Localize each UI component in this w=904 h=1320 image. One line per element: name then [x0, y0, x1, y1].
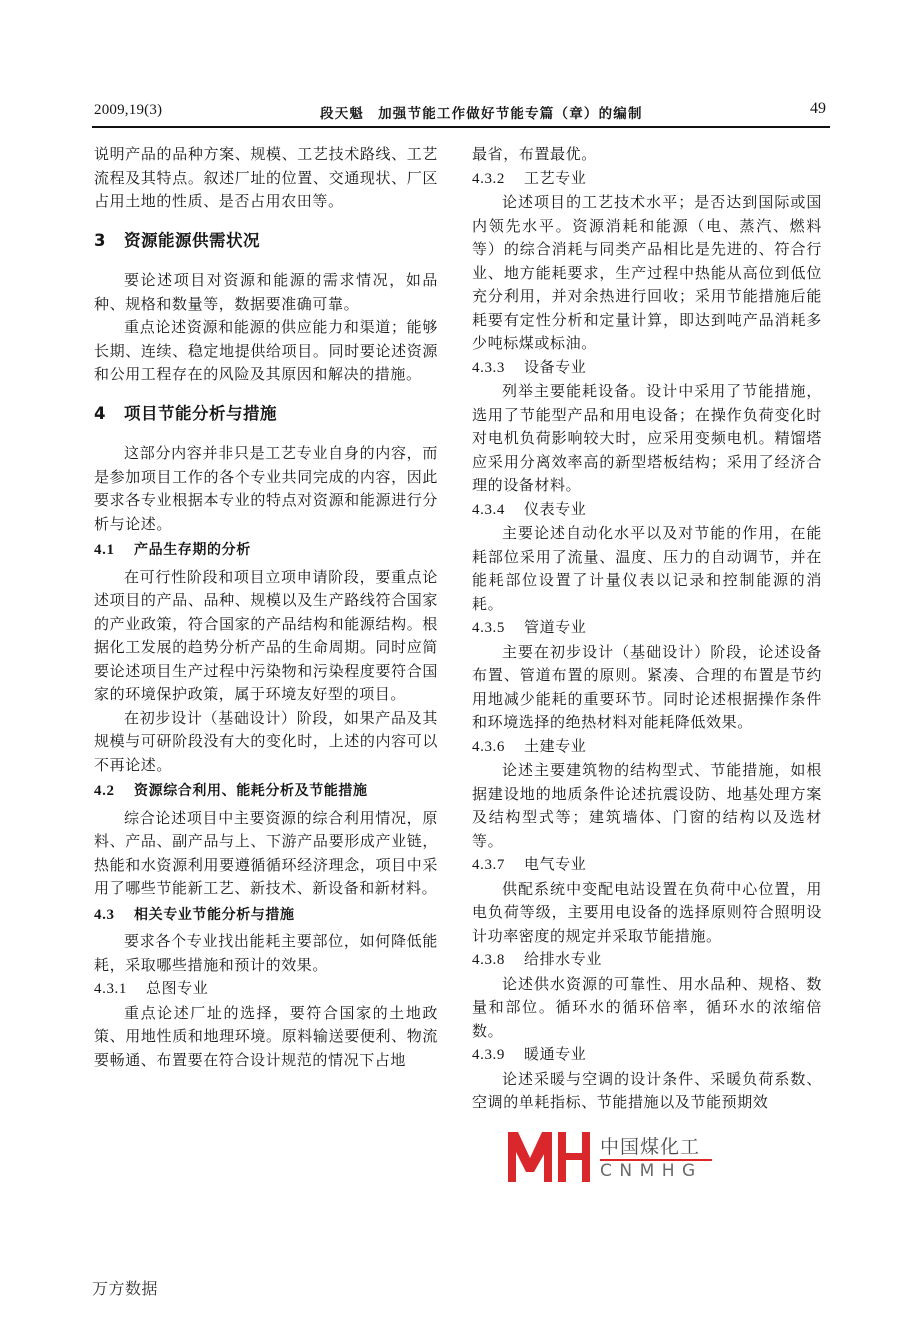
subsubsection-number: 4.3.8: [472, 949, 524, 973]
paragraph: 主要在初步设计（基础设计）阶段，论述设备布置、管道布置的原则。紧凑、合理的布置是…: [472, 641, 822, 735]
subsection-title: 资源综合利用、能耗分析及节能措施: [134, 783, 368, 799]
subsubsection-title: 工艺专业: [524, 169, 586, 187]
subsubsection-heading-4-3-4: 4.3.4仪表专业: [472, 498, 822, 523]
watermark-logo: 中国煤化工 CNMHG: [508, 1132, 720, 1182]
paragraph: 说明产品的品种方案、规模、工艺技术路线、工艺流程及其特点。叙述厂址的位置、交通现…: [94, 143, 438, 214]
subsubsection-number: 4.3.1: [94, 978, 146, 1002]
paragraph: 论述项目的工艺技术水平；是否达到国际或国内领先水平。资源消耗和能源（电、蒸汽、燃…: [472, 191, 822, 356]
section-heading-3: 3资源能源供需状况: [94, 229, 438, 253]
section-title: 项目节能分析与措施: [124, 404, 277, 423]
subsubsection-number: 4.3.6: [472, 736, 524, 760]
paragraph: 主要论述自动化水平以及对节能的作用，在能耗部位采用了流量、温度、压力的自动调节，…: [472, 522, 822, 616]
journal-issue: 2009,19(3): [94, 102, 162, 119]
subsubsection-number: 4.3.3: [472, 357, 524, 381]
subsection-number: 4.2: [94, 780, 134, 804]
subsubsection-heading-4-3-7: 4.3.7电气专业: [472, 853, 822, 878]
paragraph: 最省，布置最优。: [472, 143, 822, 167]
paragraph: 这部分内容并非只是工艺专业自身的内容，而是参加项目工作的各个专业共同完成的内容，…: [94, 442, 438, 536]
subsubsection-heading-4-3-3: 4.3.3设备专业: [472, 356, 822, 381]
left-column: 说明产品的品种方案、规模、工艺技术路线、工艺流程及其特点。叙述厂址的位置、交通现…: [94, 143, 438, 1072]
subsubsection-title: 总图专业: [146, 979, 208, 997]
paragraph: 综合论述项目中主要资源的综合利用情况，原料、产品、副产品与上、下游产品要形成产业…: [94, 807, 438, 901]
paragraph: 在可行性阶段和项目立项申请阶段，要重点论述项目的产品、品种、规模以及生产路线符合…: [94, 566, 438, 707]
subsubsection-title: 土建专业: [524, 737, 586, 755]
running-header: 2009,19(3) 段天魁加强节能工作做好节能专篇（章）的编制 49: [92, 100, 830, 124]
subsection-heading-4-3: 4.3相关专业节能分析与措施: [94, 904, 438, 928]
subsubsection-heading-4-3-1: 4.3.1总图专业: [94, 977, 438, 1002]
subsubsection-number: 4.3.5: [472, 617, 524, 641]
subsubsection-heading-4-3-8: 4.3.8给排水专业: [472, 948, 822, 973]
paragraph: 在初步设计（基础设计）阶段，如果产品及其规模与可研阶段没有大的变化时，上述的内容…: [94, 707, 438, 778]
mh-logo-icon: [508, 1132, 590, 1182]
subsubsection-number: 4.3.9: [472, 1044, 524, 1068]
subsubsection-title: 设备专业: [524, 358, 586, 376]
subsubsection-heading-4-3-2: 4.3.2工艺专业: [472, 167, 822, 192]
subsubsection-number: 4.3.7: [472, 854, 524, 878]
paragraph: 列举主要能耗设备。设计中采用了节能措施，选用了节能型产品和用电设备；在操作负荷变…: [472, 380, 822, 498]
subsubsection-number: 4.3.2: [472, 168, 524, 192]
subsection-heading-4-2: 4.2资源综合利用、能耗分析及节能措施: [94, 780, 438, 804]
subsubsection-title: 管道专业: [524, 618, 586, 636]
watermark-name-cn: 中国煤化工: [600, 1132, 700, 1159]
right-column: 最省，布置最优。 4.3.2工艺专业 论述项目的工艺技术水平；是否达到国际或国内…: [472, 143, 822, 1115]
paragraph: 论述采暖与空调的设计条件、采暖负荷系数、空调的单耗指标、节能措施以及节能预期效: [472, 1068, 822, 1115]
subsubsection-heading-4-3-6: 4.3.6土建专业: [472, 735, 822, 760]
subsection-number: 4.1: [94, 539, 134, 563]
subsubsection-heading-4-3-5: 4.3.5管道专业: [472, 616, 822, 641]
section-title: 资源能源供需状况: [124, 231, 260, 250]
section-heading-4: 4项目节能分析与措施: [94, 402, 438, 426]
paragraph: 供配系统中变配电站设置在负荷中心位置，用电负荷等级，主要用电设备的选择原则符合照…: [472, 878, 822, 949]
subsubsection-title: 给排水专业: [524, 950, 602, 968]
paragraph: 要论述项目对资源和能源的需求情况，如品种、规格和数量等，数据要准确可靠。: [94, 269, 438, 316]
page-number: 49: [810, 100, 826, 118]
subsection-number: 4.3: [94, 904, 134, 928]
subsubsection-title: 电气专业: [524, 855, 586, 873]
header-rule: [92, 126, 830, 128]
paragraph: 重点论述资源和能源的供应能力和渠道；能够长期、连续、稳定地提供给项目。同时要论述…: [94, 316, 438, 387]
subsubsection-heading-4-3-9: 4.3.9暖通专业: [472, 1043, 822, 1068]
section-number: 3: [94, 229, 124, 253]
paragraph: 论述供水资源的可靠性、用水品种、规格、数量和部位。循环水的循环倍率，循环水的浓缩…: [472, 973, 822, 1044]
subsubsection-title: 暖通专业: [524, 1045, 586, 1063]
article-title: 加强节能工作做好节能专篇（章）的编制: [378, 106, 643, 122]
paragraph: 重点论述厂址的选择，要符合国家的土地政策、用地性质和地理环境。原料输送要便利、物…: [94, 1002, 438, 1073]
subsection-heading-4-1: 4.1产品生存期的分析: [94, 539, 438, 563]
subsubsection-number: 4.3.4: [472, 499, 524, 523]
subsubsection-title: 仪表专业: [524, 500, 586, 518]
subsection-title: 相关专业节能分析与措施: [134, 907, 295, 923]
section-number: 4: [94, 402, 124, 426]
watermark-name-en: CNMHG: [600, 1161, 703, 1181]
footer-source: 万方数据: [92, 1276, 158, 1299]
paragraph: 论述主要建筑物的结构型式、节能措施，如根据建设地的地质条件论述抗震设防、地基处理…: [472, 759, 822, 853]
author-name: 段天魁: [320, 106, 364, 122]
paragraph: 要求各个专业找出能耗主要部位，如何降低能耗，采取哪些措施和预计的效果。: [94, 930, 438, 977]
running-title: 段天魁加强节能工作做好节能专篇（章）的编制: [320, 102, 643, 122]
subsection-title: 产品生存期的分析: [134, 542, 251, 558]
